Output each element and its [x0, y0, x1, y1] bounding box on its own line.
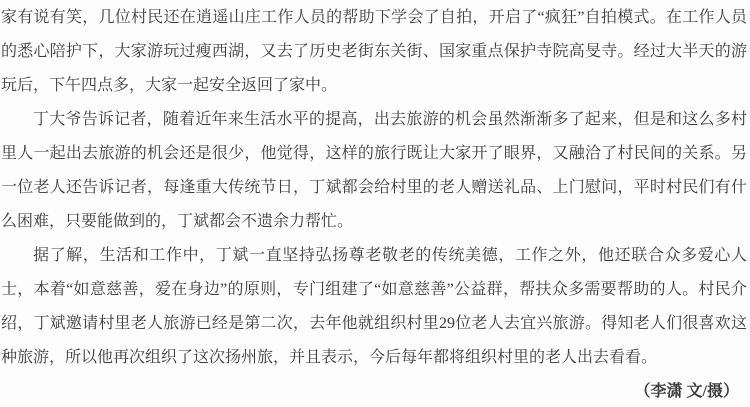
article-body: 家有说有笑，几位村民还在逍遥山庄工作人员的帮助下学会了自拍，开启了“疯狂”自拍模… — [1, 1, 747, 375]
article-page: 家有说有笑，几位村民还在逍遥山庄工作人员的帮助下学会了自拍，开启了“疯狂”自拍模… — [0, 0, 750, 407]
paragraph: 家有说有笑，几位村民还在逍遥山庄工作人员的帮助下学会了自拍，开启了“疯狂”自拍模… — [1, 1, 747, 103]
byline: （李潇 文/摄） — [1, 375, 747, 407]
paragraph: 丁大爷告诉记者，随着近年来生活水平的提高，出去旅游的机会虽然渐渐多了起来，但是和… — [1, 103, 747, 239]
paragraph: 据了解，生活和工作中，丁斌一直坚持弘扬尊老敬老的传统美德，工作之外，他还联合众多… — [1, 239, 747, 375]
